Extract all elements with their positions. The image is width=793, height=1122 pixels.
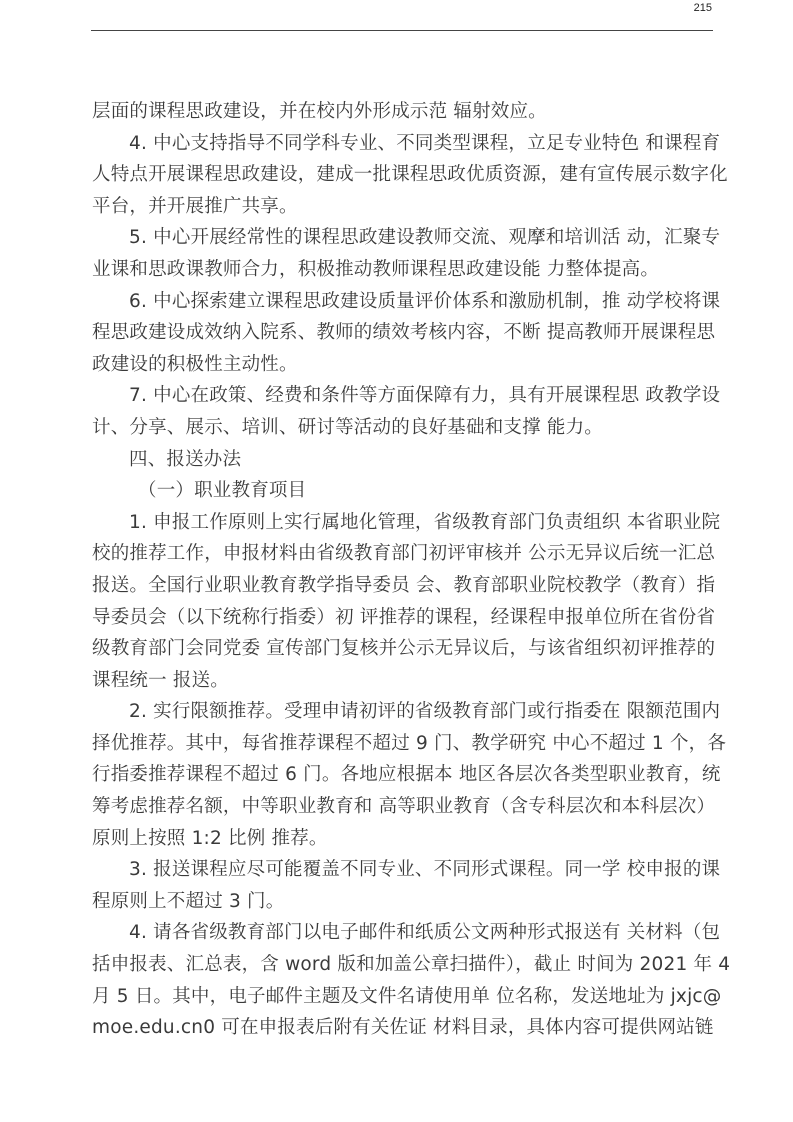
text-line: 月 5 日。其中，电子邮件主题及文件名请使用单 位名称，发送地址为 jxjc@ xyxy=(92,981,712,1013)
text-line: 程原则上不超过 3 门。 xyxy=(92,886,712,918)
text-line: 政建设的积极性主动性。 xyxy=(92,349,712,381)
text-line: 5. 中心开展经常性的课程思政建设教师交流、观摩和培训活 动，汇聚专 xyxy=(92,222,712,254)
text-line: 4. 中心支持指导不同学科专业、不同类型课程，立足专业特色 和课程育 xyxy=(92,128,712,160)
text-line: 7. 中心在政策、经费和条件等方面保障有力，具有开展课程思 政教学设 xyxy=(92,380,712,412)
text-line: 择优推荐。其中，每省推荐课程不超过 9 门、教学研究 中心不超过 1 个，各 xyxy=(92,728,712,760)
text-line: 导委员会（以下统称行指委）初 评推荐的课程，经课程申报单位所在省份省 xyxy=(92,602,712,634)
text-line: 2. 实行限额推荐。受理申请初评的省级教育部门或行指委在 限额范围内 xyxy=(92,696,712,728)
text-line: 1. 申报工作原则上实行属地化管理，省级教育部门负责组织 本省职业院 xyxy=(92,507,712,539)
text-line: 平台，并开展推广共享。 xyxy=(92,191,712,223)
text-line: moe.edu.cn0 可在申报表后附有关佐证 材料目录，具体内容可提供网站链 xyxy=(92,1012,712,1044)
text-line: 3. 报送课程应尽可能覆盖不同专业、不同形式课程。同一学 校申报的课 xyxy=(92,854,712,886)
text-line: 6. 中心探索建立课程思政建设质量评价体系和激励机制，推 动学校将课 xyxy=(92,286,712,318)
text-line: 行指委推荐课程不超过 6 门。各地应根据本 地区各层次各类型职业教育，统 xyxy=(92,759,712,791)
section-heading: 四、报送办法 xyxy=(92,444,712,476)
page-number: 215 xyxy=(694,2,712,14)
text-line: 校的推荐工作，申报材料由省级教育部门初评审核并 公示无异议后统一汇总 xyxy=(92,538,712,570)
header-divider xyxy=(91,30,713,31)
subsection-heading: （一）职业教育项目 xyxy=(92,475,712,507)
text-line: 层面的课程思政建设，并在校内外形成示范 辐射效应。 xyxy=(92,96,712,128)
text-line: 课程统一 报送。 xyxy=(92,665,712,697)
text-line: 业课和思政课教师合力，积极推动教师课程思政建设能 力整体提高。 xyxy=(92,254,712,286)
text-line: 计、分享、展示、培训、研讨等活动的良好基础和支撑 能力。 xyxy=(92,412,712,444)
text-line: 括申报表、汇总表，含 word 版和加盖公章扫描件），截止 时间为 2021 年… xyxy=(92,949,712,981)
document-body: 层面的课程思政建设，并在校内外形成示范 辐射效应。 4. 中心支持指导不同学科专… xyxy=(92,96,712,1044)
text-line: 人特点开展课程思政建设，建成一批课程思政优质资源，建有宣传展示数字化 xyxy=(92,159,712,191)
text-line: 报送。全国行业职业教育教学指导委员 会、教育部职业院校教学（教育）指 xyxy=(92,570,712,602)
text-line: 4. 请各省级教育部门以电子邮件和纸质公文两种形式报送有 关材料（包 xyxy=(92,917,712,949)
text-line: 级教育部门会同党委 宣传部门复核并公示无异议后，与该省组织初评推荐的 xyxy=(92,633,712,665)
text-line: 筹考虑推荐名额，中等职业教育和 高等职业教育（含专科层次和本科层次） xyxy=(92,791,712,823)
text-line: 程思政建设成效纳入院系、教师的绩效考核内容，不断 提高教师开展课程思 xyxy=(92,317,712,349)
text-line: 原则上按照 1:2 比例 推荐。 xyxy=(92,823,712,855)
